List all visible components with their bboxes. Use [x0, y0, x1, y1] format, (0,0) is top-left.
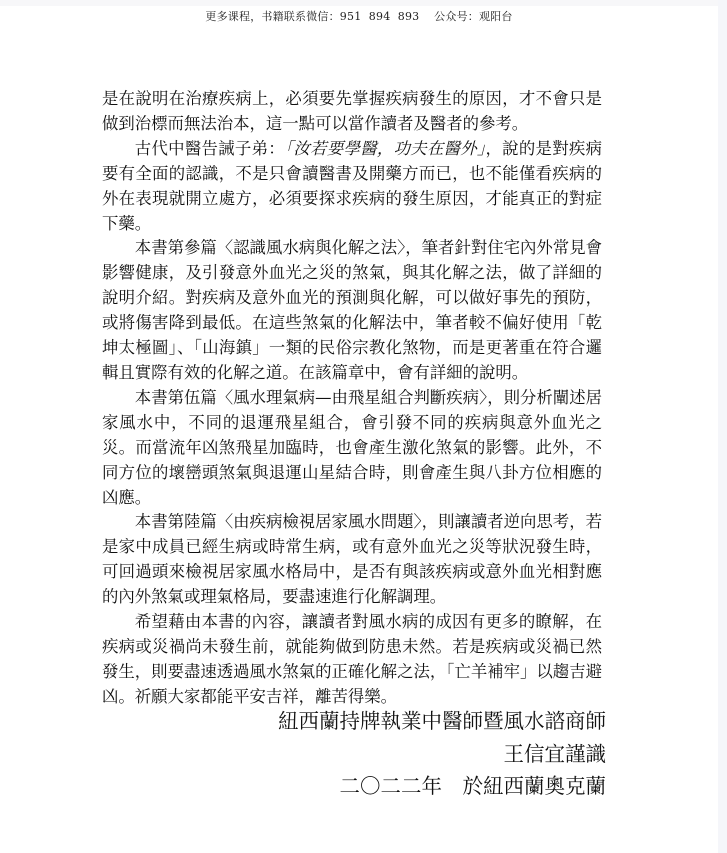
viewer-scroll-gutter	[718, 0, 727, 853]
page-top-band	[0, 0, 718, 6]
paragraph-6: 希望藉由本書的內容，讓讀者對風水病的成因有更多的瞭解，在疾病或災禍尚未發生前，就…	[102, 610, 602, 710]
signature-block: 紐西蘭持牌執業中醫師暨風水諮商師 王信宜謹識 二〇二二年 於紐西蘭奧克蘭	[278, 705, 606, 803]
paragraph-3: 本書第參篇〈認識風水病與化解之法〉，筆者針對住宅內外常見會影響健康，及引發意外血…	[102, 236, 602, 385]
signature-author: 王信宜謹識	[278, 738, 606, 771]
paragraph-5: 本書第陸篇〈由疾病檢視居家風水問題〉，則讓讀者逆向思考，若是家中成員已經生病或時…	[102, 510, 602, 610]
paragraph-2-quote: 「汝若要學醫，功夫在醫外」	[285, 139, 486, 158]
watermark-header: 更多课程，书籍联系微信：951 894 893 公众号：观阳台	[0, 8, 718, 24]
preface-body: 是在說明在治療疾病上，必須要先掌握疾病發生的原因，才不會只是做到治標而無法治本，…	[102, 87, 602, 710]
signature-date-place: 二〇二二年 於紐西蘭奧克蘭	[278, 770, 606, 803]
signature-title: 紐西蘭持牌執業中醫師暨風水諮商師	[278, 705, 606, 738]
paragraph-2: 古代中醫告誡子弟：「汝若要學醫，功夫在醫外」，說的是對疾病要有全面的認識，不是只…	[102, 137, 602, 237]
paragraph-2-prefix: 古代中醫告誡子弟：	[135, 139, 285, 158]
paragraph-1: 是在說明在治療疾病上，必須要先掌握疾病發生的原因，才不會只是做到治標而無法治本，…	[102, 87, 602, 137]
paragraph-4: 本書第伍篇〈風水理氣病—由飛星組合判斷疾病〉，則分析闡述居家風水中，不同的退運飛…	[102, 386, 602, 511]
document-page: 更多课程，书籍联系微信：951 894 893 公众号：观阳台 是在說明在治療疾…	[0, 0, 718, 853]
